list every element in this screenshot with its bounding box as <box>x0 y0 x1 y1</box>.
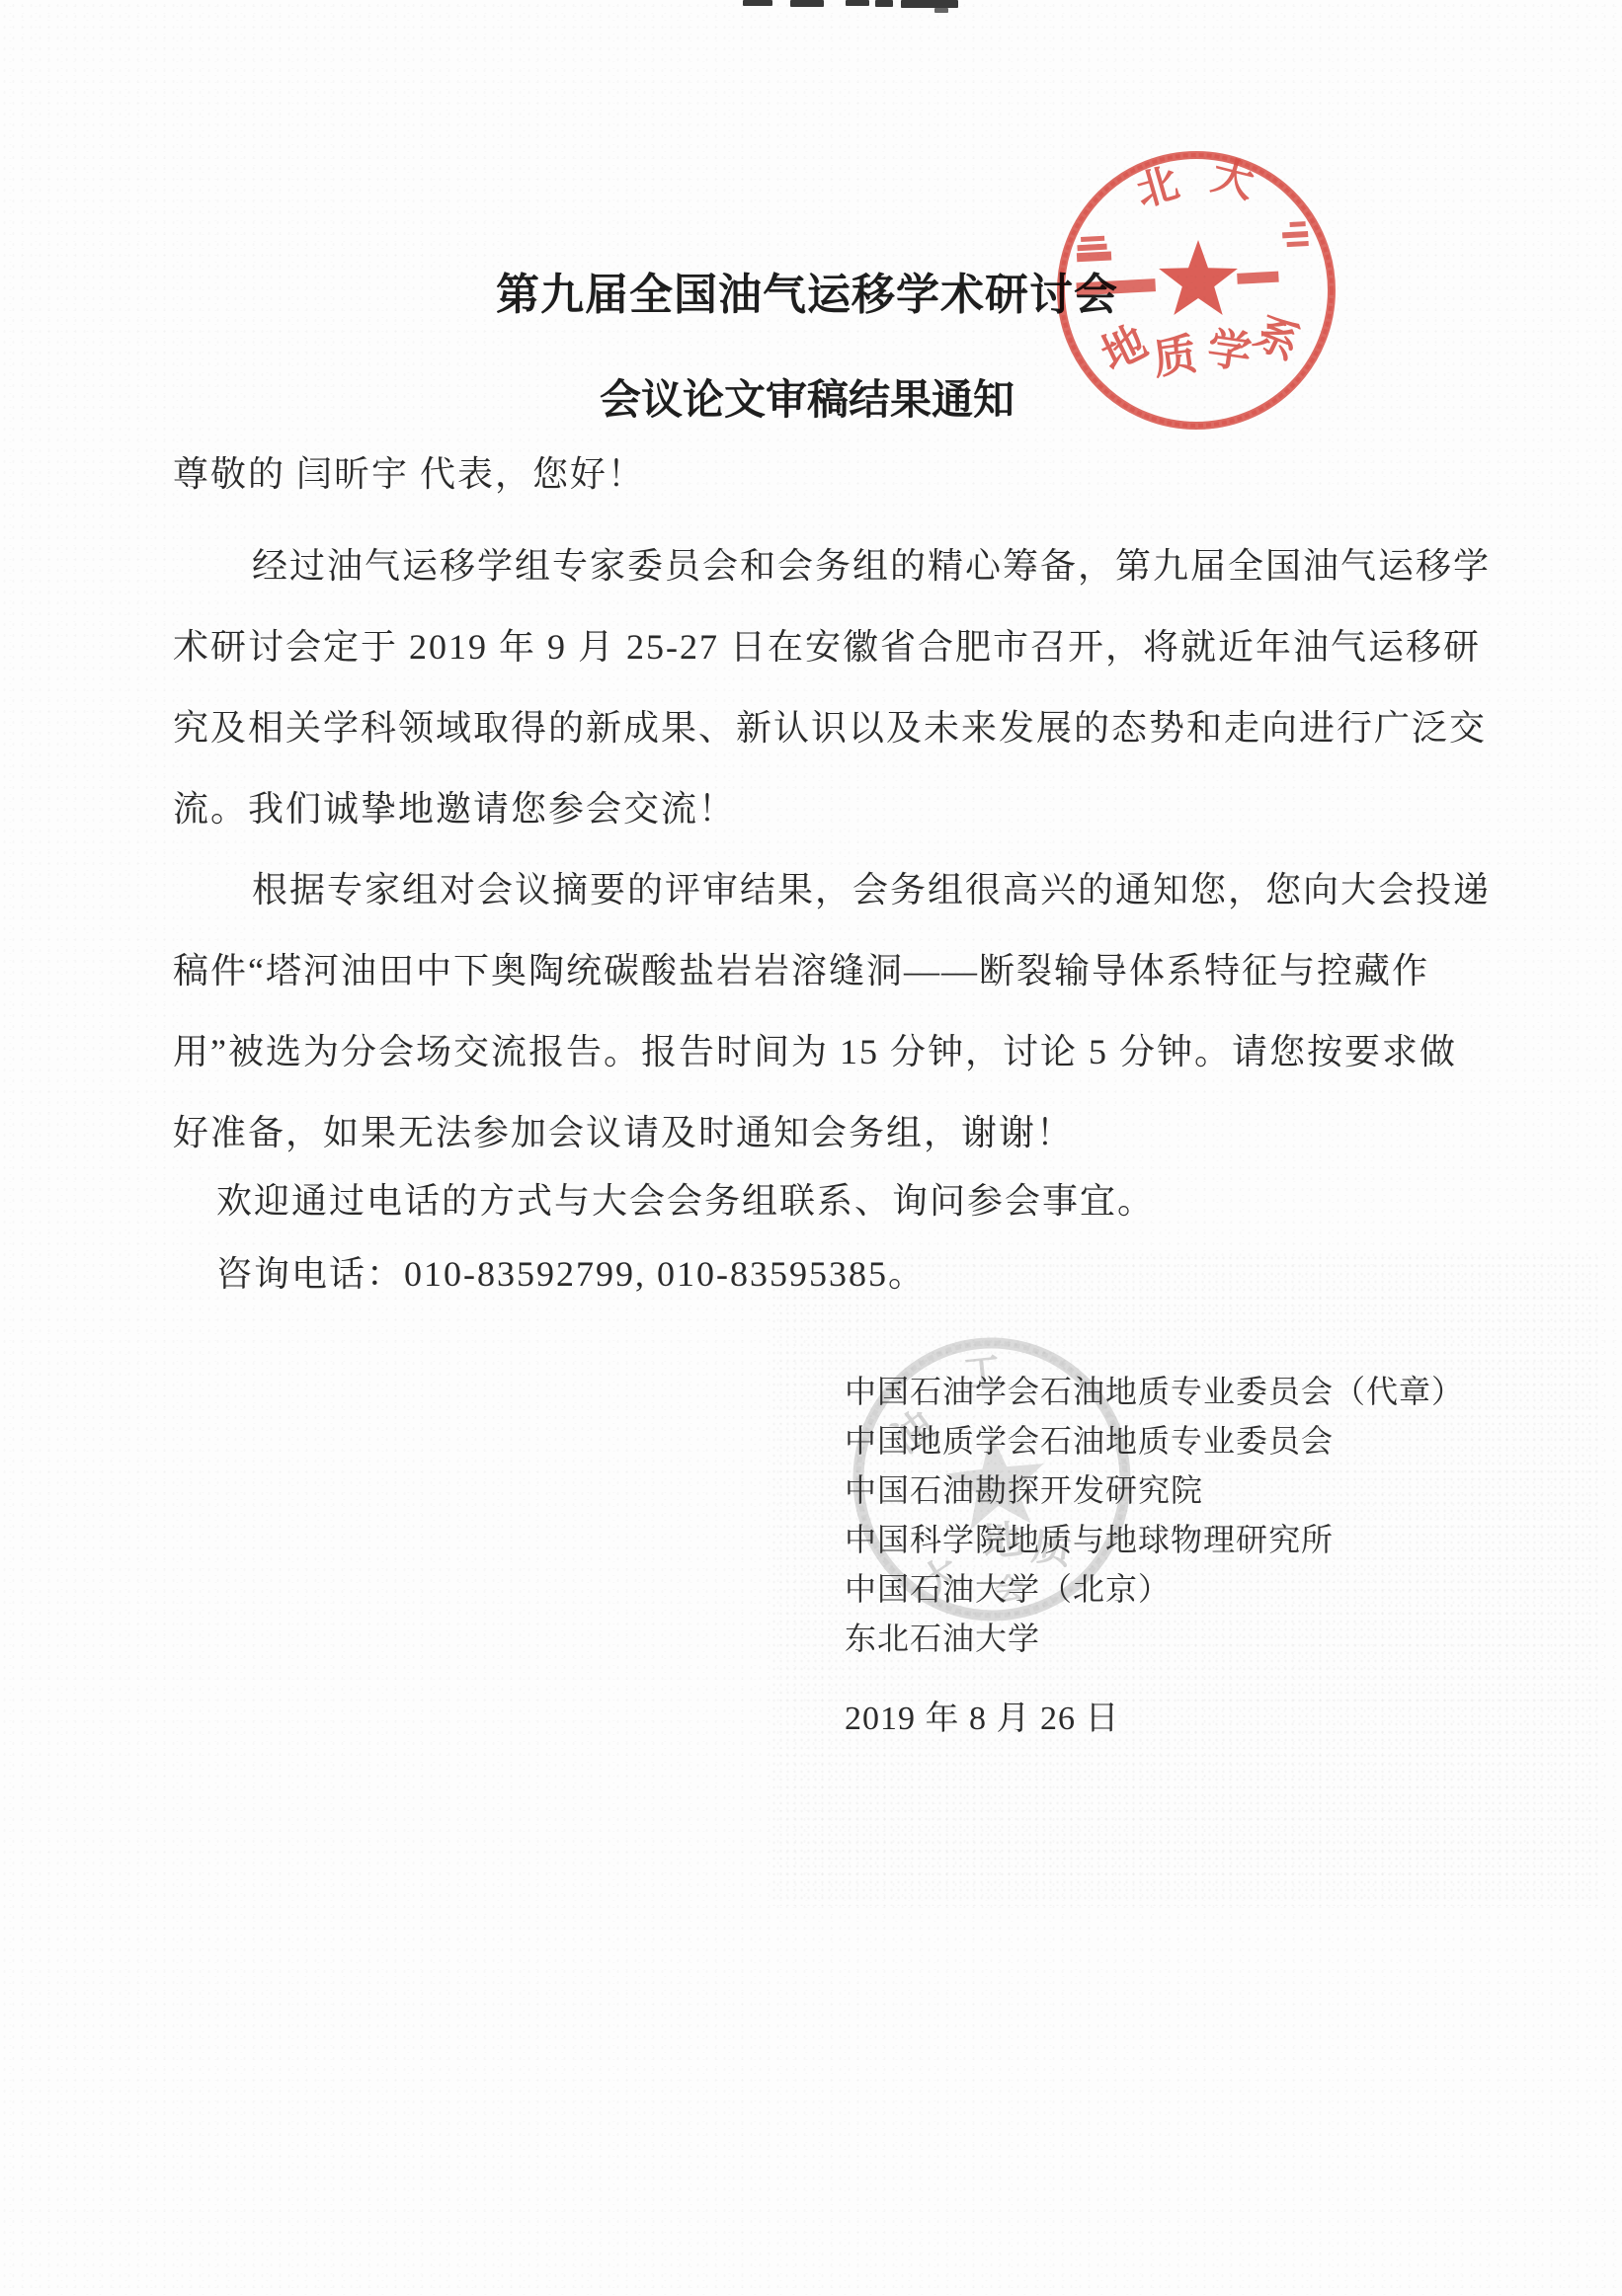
phone-line: 咨询电话：010-83592799, 010-83595385。 <box>216 1246 926 1297</box>
signature-org: 中国石油大学（北京） <box>845 1564 1171 1610</box>
body-line: 术研讨会定于 2019 年 9 月 25-27 日在安徽省合肥市召开，将就近年油… <box>173 619 1481 670</box>
letter-date: 2019 年 8 月 26 日 <box>845 1691 1120 1739</box>
signature-org: 中国科学院地质与地球物理研究所 <box>845 1515 1334 1560</box>
star-icon <box>1159 240 1238 315</box>
seal-bottom-char: 地 <box>1095 317 1155 379</box>
scan-artifact <box>790 0 824 7</box>
signature-org: 中国石油学会石油地质专业委员会（代章） <box>845 1367 1464 1412</box>
letter-title-line1: 第九届全国油气运移学术研讨会 <box>496 259 1118 322</box>
scan-artifact <box>743 0 772 6</box>
body-line: 好准备，如果无法参加会议请及时通知会务组，谢谢！ <box>173 1105 1074 1155</box>
letter-title-line2: 会议论文审稿结果通知 <box>600 367 1014 427</box>
signature-org: 中国地质学会石油地质专业委员会 <box>845 1416 1334 1462</box>
scan-artifact <box>875 0 893 7</box>
body-line: 流。我们诚挚地邀请您参会交流！ <box>173 781 736 831</box>
scan-artifact <box>934 8 948 13</box>
seal-bottom-char: 质 <box>1150 330 1199 384</box>
signature-org: 东北石油大学 <box>845 1614 1040 1659</box>
seal-bottom-char: 系 <box>1247 307 1307 369</box>
body-line: 稿件“塔河油田中下奥陶统碳酸盐岩岩溶缝洞——断裂输导体系特征与控藏作 <box>173 943 1429 993</box>
body-line: 经过油气运移学组专家委员会和会务组的精心筹备，第九届全国油气运移学 <box>252 538 1491 589</box>
body-line: 欢迎通过电话的方式与大会会务组联系、询问参会事宜。 <box>216 1173 1155 1224</box>
scan-artifact <box>846 0 869 6</box>
scan-artifact <box>901 0 958 8</box>
signature-org: 中国石油勘探开发研究院 <box>845 1465 1203 1511</box>
seal-top-char: 北 <box>1132 161 1184 216</box>
scanned-letter-page: 第九届全国油气运移学术研讨会 会议论文审稿结果通知 北 大 地 质 学 系 <box>0 0 1622 2296</box>
body-line: 用”被选为分会场交流报告。报告时间为 15 分钟，讨论 5 分钟。请您按要求做 <box>173 1024 1457 1074</box>
salutation-line: 尊敬的 闫昕宇 代表，您好！ <box>173 446 645 497</box>
body-line: 究及相关学科领域取得的新成果、新认识以及未来发展的态势和走向进行广泛交 <box>173 700 1487 751</box>
seal-top-char: 大 <box>1207 152 1258 207</box>
body-line: 根据专家组对会议摘要的评审结果，会务组很高兴的通知您，您向大会投递 <box>252 862 1491 912</box>
seal-bottom-char: 学 <box>1204 324 1254 378</box>
